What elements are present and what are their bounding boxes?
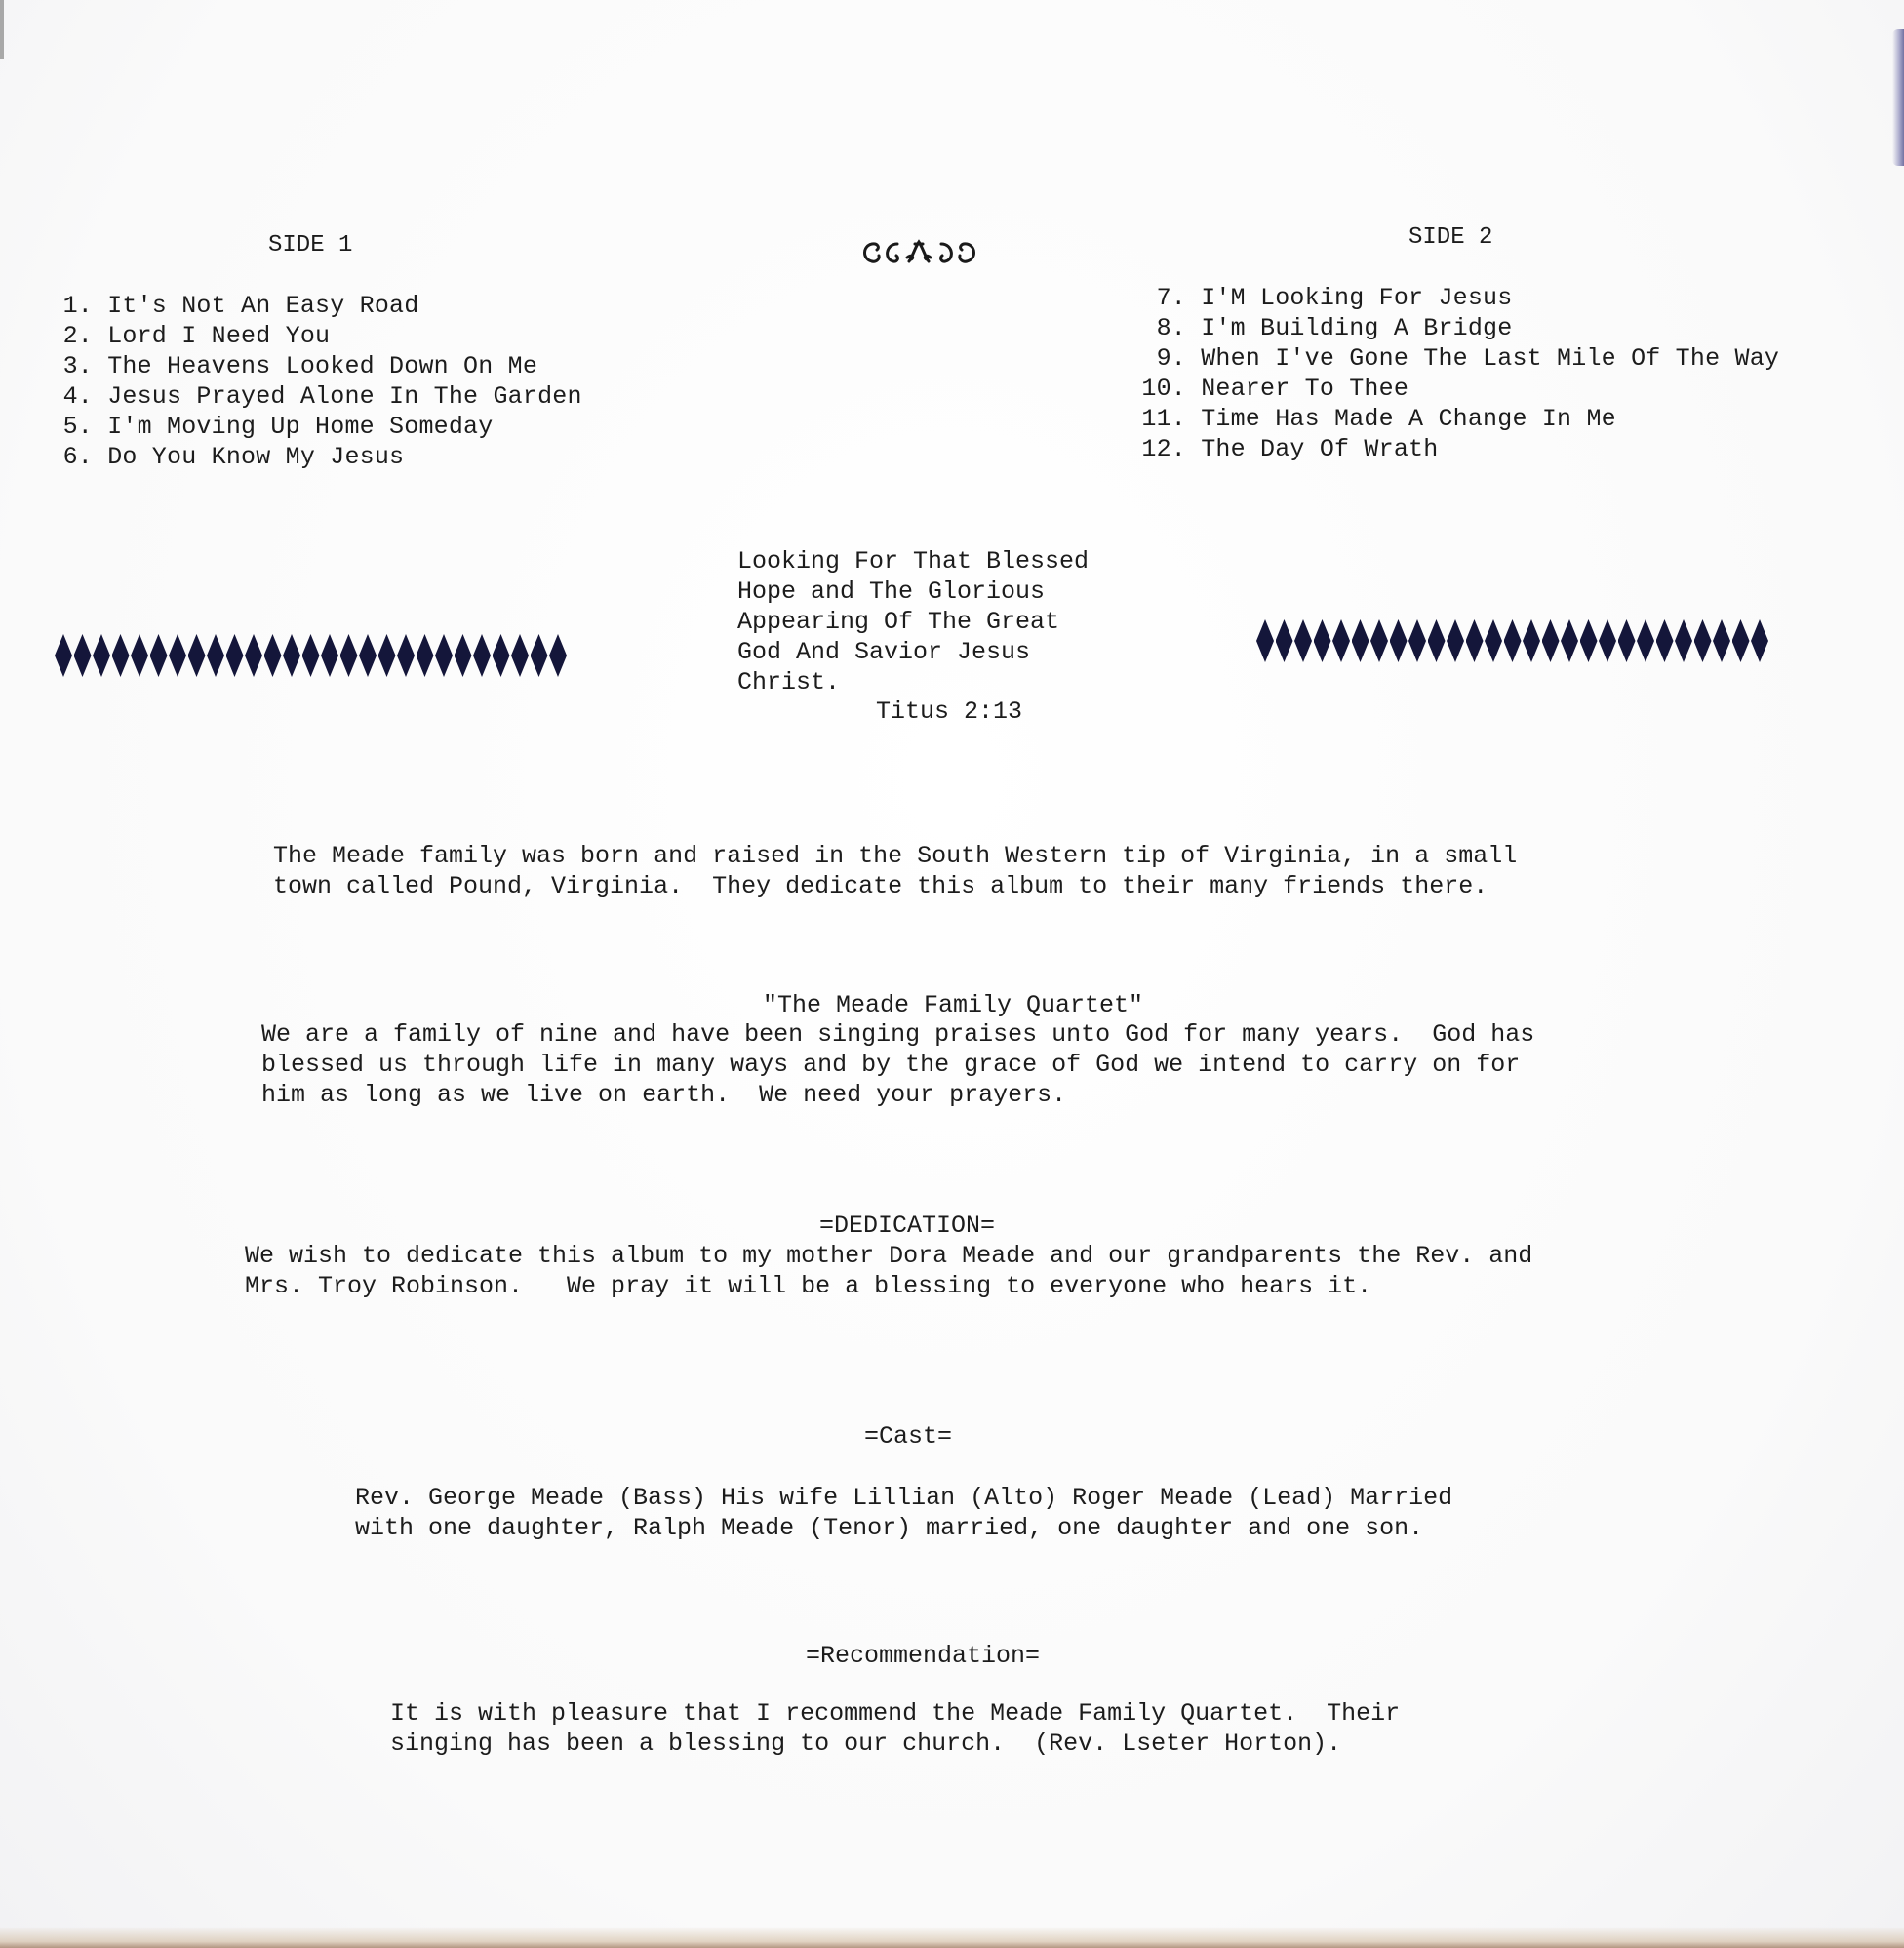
diamond-shape <box>169 634 186 677</box>
dedication-line: We wish to dedicate this album to my mot… <box>245 1241 1532 1271</box>
track-number: 3. <box>54 351 93 381</box>
diamond-shape <box>1637 619 1654 662</box>
album-back-cover: SIDE 1 1. It's Not An Easy Road2. Lord I… <box>0 0 1904 1948</box>
diamond-shape <box>416 634 434 677</box>
diamond-shape <box>455 634 472 677</box>
dedication-heading: =DEDICATION= <box>819 1212 995 1240</box>
diamond-shape <box>1428 619 1446 662</box>
verse-reference: Titus 2:13 <box>876 697 1022 726</box>
diamond-shape <box>1675 619 1692 662</box>
diamond-shape <box>1485 619 1502 662</box>
quartet-line: him as long as we live on earth. We need… <box>261 1080 1534 1110</box>
track-item: 10. Nearer To Thee <box>1130 374 1779 404</box>
track-title: I'M Looking For Jesus <box>1186 284 1512 312</box>
diamond-shape <box>359 634 377 677</box>
dedication-line: Mrs. Troy Robinson. We pray it will be a… <box>245 1271 1532 1301</box>
verse-line: Appearing Of The Great <box>737 607 1089 637</box>
track-item: 4. Jesus Prayed Alone In The Garden <box>54 381 582 412</box>
track-item: 12. The Day Of Wrath <box>1130 434 1779 464</box>
track-item: 11. Time Has Made A Change In Me <box>1130 404 1779 434</box>
diamond-shape <box>188 634 206 677</box>
diamond-shape <box>207 634 224 677</box>
diamond-shape <box>1751 619 1768 662</box>
diamond-shape <box>226 634 244 677</box>
diamond-shape <box>340 634 358 677</box>
diamond-shape <box>435 634 453 677</box>
side-1-title: SIDE 1 <box>268 232 352 258</box>
diamond-shape <box>473 634 491 677</box>
cast-paragraph: Rev. George Meade (Bass) His wife Lillia… <box>355 1483 1452 1543</box>
recommendation-heading: =Recommendation= <box>806 1642 1040 1670</box>
track-item: 9. When I've Gone The Last Mile Of The W… <box>1130 343 1779 374</box>
track-item: 5. I'm Moving Up Home Someday <box>54 412 582 442</box>
track-number: 7. <box>1130 283 1186 313</box>
diamond-shape <box>493 634 510 677</box>
diamond-shape <box>1466 619 1484 662</box>
diamond-shape <box>1599 619 1616 662</box>
diamond-shape <box>264 634 282 677</box>
diamond-shape <box>1694 619 1712 662</box>
diamond-shape <box>245 634 262 677</box>
diamond-shape <box>1408 619 1426 662</box>
diamond-shape <box>1656 619 1674 662</box>
diamond-shape <box>112 634 130 677</box>
diamond-shape <box>1352 619 1369 662</box>
diamond-shape <box>549 634 567 677</box>
diamond-shape <box>55 634 72 677</box>
scripture-verse: Looking For That Blessed Hope and The Gl… <box>737 546 1089 697</box>
track-title: The Day Of Wrath <box>1186 435 1438 463</box>
cast-heading: =Cast= <box>864 1422 952 1451</box>
track-number: 12. <box>1130 434 1186 464</box>
diamond-shape <box>283 634 300 677</box>
track-number: 6. <box>54 442 93 472</box>
scroll-flourish-icon <box>858 236 980 276</box>
paper-edge-wear <box>0 0 4 59</box>
track-number: 1. <box>54 291 93 321</box>
cast-line: with one daughter, Ralph Meade (Tenor) m… <box>355 1513 1452 1543</box>
dedication-paragraph: We wish to dedicate this album to my mot… <box>245 1241 1532 1301</box>
track-title: Time Has Made A Change In Me <box>1186 405 1616 433</box>
side-2-title: SIDE 2 <box>1408 224 1492 251</box>
track-number: 4. <box>54 381 93 412</box>
track-item: 1. It's Not An Easy Road <box>54 291 582 321</box>
quartet-line: blessed us through life in many ways and… <box>261 1050 1534 1080</box>
diamond-shape <box>1523 619 1540 662</box>
diamond-shape <box>93 634 110 677</box>
quartet-heading: "The Meade Family Quartet" <box>763 991 1143 1019</box>
side-1-tracklist: 1. It's Not An Easy Road2. Lord I Need Y… <box>54 291 582 472</box>
diamond-shape <box>1580 619 1598 662</box>
diamond-shape <box>1294 619 1312 662</box>
quartet-paragraph: We are a family of nine and have been si… <box>261 1019 1534 1110</box>
diamond-shape <box>1332 619 1350 662</box>
track-item: 6. Do You Know My Jesus <box>54 442 582 472</box>
intro-paragraph: The Meade family was born and raised in … <box>273 841 1517 901</box>
recommendation-line: singing has been a blessing to our churc… <box>390 1729 1400 1759</box>
track-title: Lord I Need You <box>93 322 330 350</box>
diamond-shape <box>1447 619 1464 662</box>
diamond-shape <box>1713 619 1730 662</box>
track-number: 9. <box>1130 343 1186 374</box>
verse-line: God And Savior Jesus <box>737 637 1089 667</box>
track-item: 2. Lord I Need You <box>54 321 582 351</box>
diamond-shape <box>397 634 415 677</box>
track-title: I'm Moving Up Home Someday <box>93 413 493 441</box>
track-number: 11. <box>1130 404 1186 434</box>
diamond-shape <box>74 634 92 677</box>
quartet-line: We are a family of nine and have been si… <box>261 1019 1534 1050</box>
diamond-shape <box>531 634 548 677</box>
track-title: Nearer To Thee <box>1186 375 1408 403</box>
paper-edge-stain <box>0 1927 1904 1948</box>
track-number: 2. <box>54 321 93 351</box>
verse-line: Christ. <box>737 667 1089 697</box>
track-title: When I've Gone The Last Mile Of The Way <box>1186 344 1779 373</box>
cast-line: Rev. George Meade (Bass) His wife Lillia… <box>355 1483 1452 1513</box>
track-title: Do You Know My Jesus <box>93 443 404 471</box>
diamond-shape <box>302 634 320 677</box>
diamond-shape <box>511 634 529 677</box>
diamond-shape <box>1256 619 1274 662</box>
diamond-shape <box>1618 619 1636 662</box>
diamond-shape <box>1561 619 1578 662</box>
diamond-shape <box>1314 619 1331 662</box>
track-number: 5. <box>54 412 93 442</box>
intro-line: The Meade family was born and raised in … <box>273 841 1517 871</box>
diamond-border-right <box>1256 619 1770 662</box>
diamond-shape <box>1504 619 1522 662</box>
verse-line: Hope and The Glorious <box>737 576 1089 607</box>
side-2-tracklist: 7. I'M Looking For Jesus8. I'm Building … <box>1130 283 1779 464</box>
paper-edge-wear <box>1892 29 1904 166</box>
recommendation-paragraph: It is with pleasure that I recommend the… <box>390 1698 1400 1759</box>
track-title: I'm Building A Bridge <box>1186 314 1512 342</box>
diamond-shape <box>1370 619 1388 662</box>
track-item: 7. I'M Looking For Jesus <box>1130 283 1779 313</box>
track-item: 3. The Heavens Looked Down On Me <box>54 351 582 381</box>
diamond-shape <box>1390 619 1408 662</box>
diamond-shape <box>321 634 338 677</box>
diamond-shape <box>131 634 148 677</box>
diamond-border-left <box>55 634 569 677</box>
verse-line: Looking For That Blessed <box>737 546 1089 576</box>
track-title: Jesus Prayed Alone In The Garden <box>93 382 582 411</box>
track-title: It's Not An Easy Road <box>93 292 418 320</box>
diamond-shape <box>1732 619 1750 662</box>
intro-line: town called Pound, Virginia. They dedica… <box>273 871 1517 901</box>
track-item: 8. I'm Building A Bridge <box>1130 313 1779 343</box>
diamond-shape <box>150 634 168 677</box>
diamond-shape <box>378 634 396 677</box>
recommendation-line: It is with pleasure that I recommend the… <box>390 1698 1400 1729</box>
diamond-shape <box>1276 619 1293 662</box>
track-number: 8. <box>1130 313 1186 343</box>
diamond-shape <box>1542 619 1560 662</box>
track-number: 10. <box>1130 374 1186 404</box>
track-title: The Heavens Looked Down On Me <box>93 352 537 380</box>
